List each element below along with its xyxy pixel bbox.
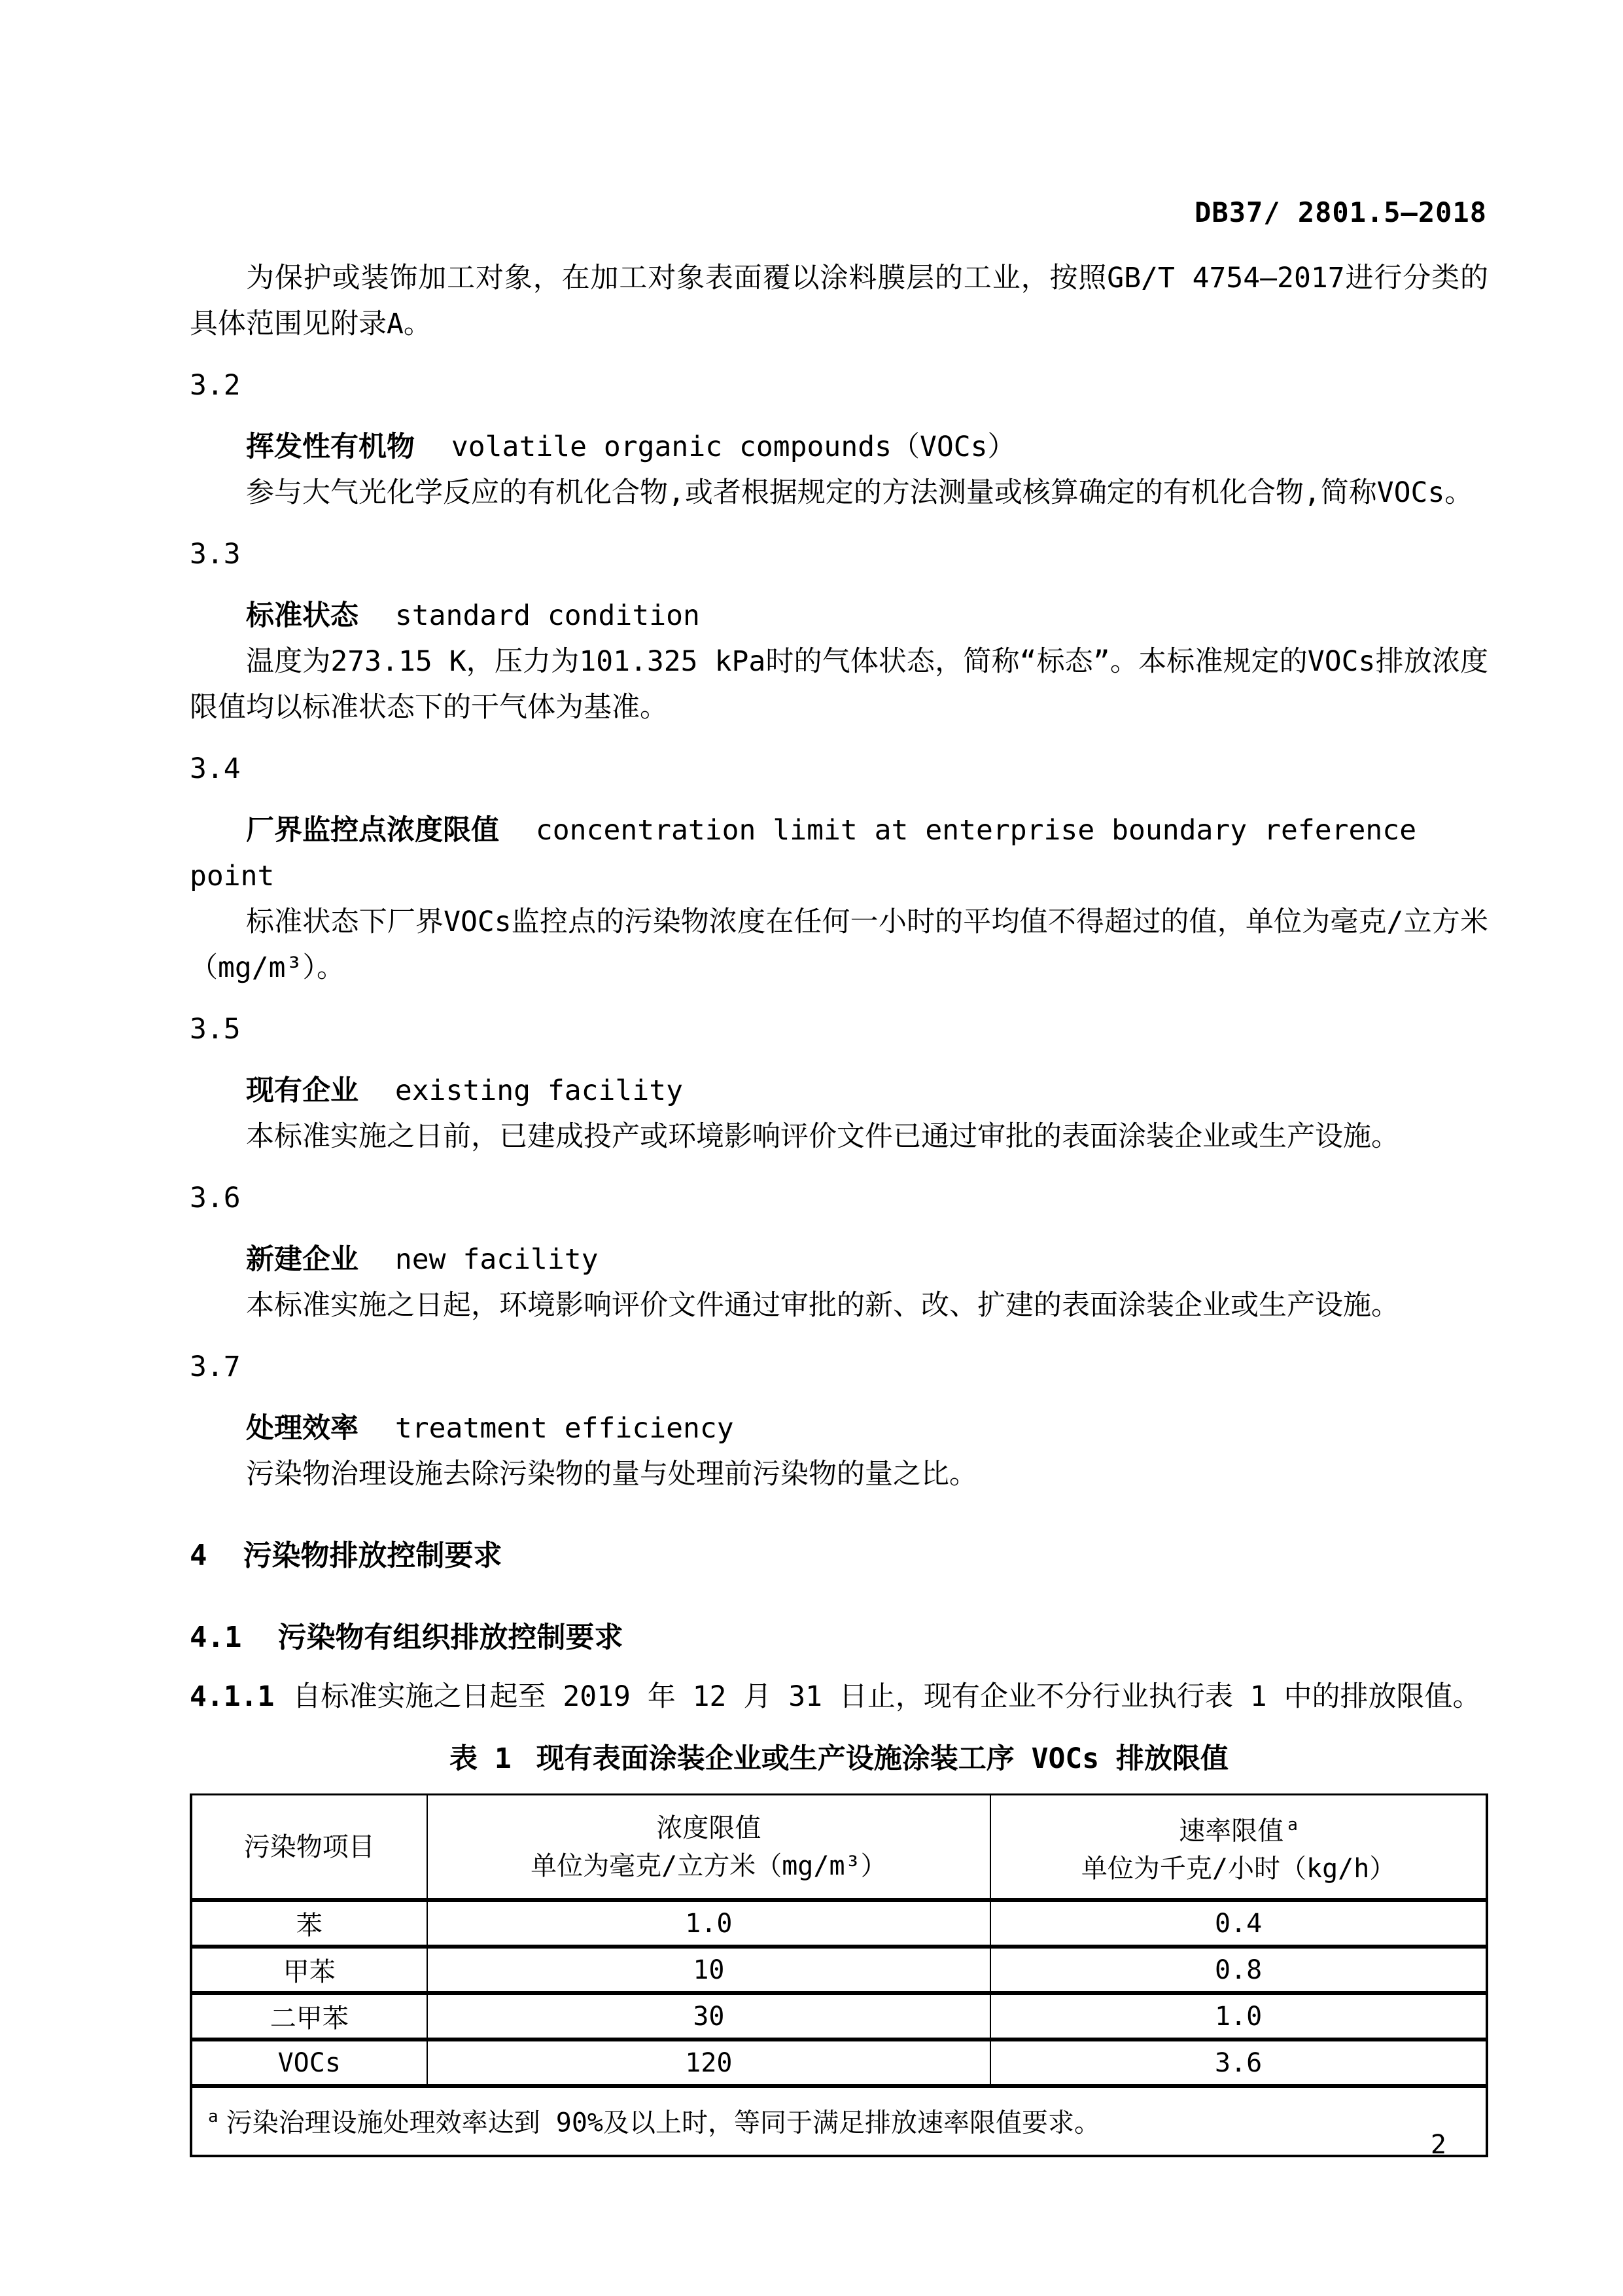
- term-en-3-3: standard condition: [395, 599, 700, 632]
- table-footnote-row: a污染治理设施处理效率达到 90%及以上时，等同于满足排放速率限值要求。: [191, 2086, 1487, 2155]
- section-4-heading: 4污染物排放控制要求: [190, 1533, 1488, 1579]
- term-en-3-7: treatment efficiency: [395, 1412, 734, 1445]
- header-cell-rate: 速率限值a 单位为千克/小时（kg/h）: [990, 1795, 1487, 1901]
- term-heading-3-2: 挥发性有机物 volatile organic compounds（VOCs）: [190, 424, 1488, 470]
- table-1-caption-label: 表 1: [449, 1742, 512, 1775]
- clause-4-1-1: 4.1.1自标准实施之日起至 2019 年 12 月 31 日止，现有企业不分行…: [190, 1674, 1488, 1720]
- page-content: 为保护或装饰加工对象，在加工对象表面覆以涂料膜层的工业，按照GB/T 4754—…: [190, 0, 1488, 2157]
- cell-rate: 0.8: [990, 1947, 1487, 1993]
- definition-3-6: 本标准实施之日起，环境影响评价文件通过审批的新、改、扩建的表面涂装企业或生产设施…: [190, 1282, 1488, 1328]
- cell-pollutant: 甲苯: [191, 1947, 427, 1993]
- term-heading-3-6: 新建企业 new facility: [190, 1237, 1488, 1282]
- table-row-benzene: 苯 1.0 0.4: [191, 1900, 1487, 1947]
- header-cell-concentration: 浓度限值 单位为毫克/立方米（mg/m³）: [427, 1795, 991, 1901]
- cell-rate: 1.0: [990, 1993, 1487, 2040]
- term-en-3-5: existing facility: [395, 1074, 683, 1107]
- cell-concentration: 120: [427, 2040, 991, 2086]
- intro-paragraph: 为保护或装饰加工对象，在加工对象表面覆以涂料膜层的工业，按照GB/T 4754—…: [190, 255, 1488, 347]
- definition-3-5: 本标准实施之日前，已建成投产或环境影响评价文件已通过审批的表面涂装企业或生产设施…: [190, 1114, 1488, 1159]
- definition-3-3: 温度为273.15 K，压力为101.325 kPa时的气体状态，简称“标态”。…: [190, 639, 1488, 730]
- cell-concentration: 30: [427, 1993, 991, 2040]
- document-page: DB37/ 2801.5—2018 为保护或装饰加工对象，在加工对象表面覆以涂料…: [0, 0, 1623, 2296]
- term-heading-3-7: 处理效率 treatment efficiency: [190, 1405, 1488, 1451]
- section-number-3-4: 3.4: [190, 746, 1488, 792]
- table-row-xylene: 二甲苯 30 1.0: [191, 1993, 1487, 2040]
- section-4-1-heading: 4.1污染物有组织排放控制要求: [190, 1615, 1488, 1661]
- section-4-1-title: 污染物有组织排放控制要求: [277, 1621, 623, 1654]
- section-number-3-2: 3.2: [190, 362, 1488, 408]
- clause-4-1-1-text: 自标准实施之日起至 2019 年 12 月 31 日止，现有企业不分行业执行表 …: [292, 1680, 1480, 1713]
- table-footnote-cell: a污染治理设施处理效率达到 90%及以上时，等同于满足排放速率限值要求。: [191, 2086, 1487, 2155]
- footnote-text: 污染治理设施处理效率达到 90%及以上时，等同于满足排放速率限值要求。: [226, 2108, 1100, 2138]
- header-rate-unit: 单位为千克/小时（kg/h）: [991, 1850, 1486, 1888]
- term-zh-3-5: 现有企业: [246, 1074, 358, 1107]
- header-concentration-title: 浓度限值: [428, 1809, 990, 1847]
- section-number-3-7: 3.7: [190, 1344, 1488, 1390]
- definition-3-4: 标准状态下厂界VOCs监控点的污染物浓度在任何一小时的平均值不得超过的值，单位为…: [190, 899, 1488, 991]
- definition-3-7: 污染物治理设施去除污染物的量与处理前污染物的量之比。: [190, 1451, 1488, 1497]
- section-number-3-5: 3.5: [190, 1006, 1488, 1052]
- table-1-caption: 表 1现有表面涂装企业或生产设施涂装工序 VOCs 排放限值: [190, 1736, 1488, 1782]
- rate-footnote-marker: a: [1287, 1815, 1298, 1835]
- page-number: 2: [1431, 2130, 1446, 2160]
- section-number-3-3: 3.3: [190, 531, 1488, 577]
- definition-3-2: 参与大气光化学反应的有机化合物,或者根据规定的方法测量或核算确定的有机化合物,简…: [190, 470, 1488, 516]
- clause-4-1-1-number: 4.1.1: [190, 1680, 274, 1713]
- cell-concentration: 1.0: [427, 1900, 991, 1947]
- term-zh-3-6: 新建企业: [246, 1243, 358, 1276]
- header-concentration-unit: 单位为毫克/立方米（mg/m³）: [428, 1847, 990, 1885]
- table-row-toluene: 甲苯 10 0.8: [191, 1947, 1487, 1993]
- table-1: 污染物项目 浓度限值 单位为毫克/立方米（mg/m³） 速率限值a 单位为千克/…: [190, 1793, 1488, 2157]
- cell-rate: 0.4: [990, 1900, 1487, 1947]
- term-zh-3-4: 厂界监控点浓度限值: [246, 814, 499, 847]
- term-zh-3-2: 挥发性有机物: [246, 431, 415, 463]
- term-heading-3-3: 标准状态 standard condition: [190, 593, 1488, 639]
- term-zh-3-7: 处理效率: [246, 1412, 358, 1445]
- section-4-1-number: 4.1: [190, 1621, 241, 1654]
- term-heading-3-5: 现有企业 existing facility: [190, 1068, 1488, 1114]
- term-heading-3-4: 厂界监控点浓度限值 concentration limit at enterpr…: [190, 807, 1488, 899]
- term-en-3-2: volatile organic compounds（VOCs）: [451, 431, 1016, 463]
- cell-pollutant: 苯: [191, 1900, 427, 1947]
- cell-pollutant: 二甲苯: [191, 1993, 427, 2040]
- header-rate-title: 速率限值a: [991, 1806, 1486, 1850]
- table-header-row: 污染物项目 浓度限值 单位为毫克/立方米（mg/m³） 速率限值a 单位为千克/…: [191, 1795, 1487, 1901]
- table-1-caption-text: 现有表面涂装企业或生产设施涂装工序 VOCs 排放限值: [536, 1742, 1229, 1775]
- term-en-3-6: new facility: [395, 1243, 599, 1276]
- footnote-marker: a: [208, 2107, 218, 2127]
- cell-concentration: 10: [427, 1947, 991, 1993]
- section-4-number: 4: [190, 1539, 207, 1572]
- cell-pollutant: VOCs: [191, 2040, 427, 2086]
- header-pollutant-label: 污染物项目: [192, 1828, 427, 1866]
- section-4-title: 污染物排放控制要求: [243, 1539, 502, 1572]
- section-number-3-6: 3.6: [190, 1175, 1488, 1221]
- table-row-vocs: VOCs 120 3.6: [191, 2040, 1487, 2086]
- header-cell-pollutant: 污染物项目: [191, 1795, 427, 1901]
- term-zh-3-3: 标准状态: [246, 599, 358, 632]
- cell-rate: 3.6: [990, 2040, 1487, 2086]
